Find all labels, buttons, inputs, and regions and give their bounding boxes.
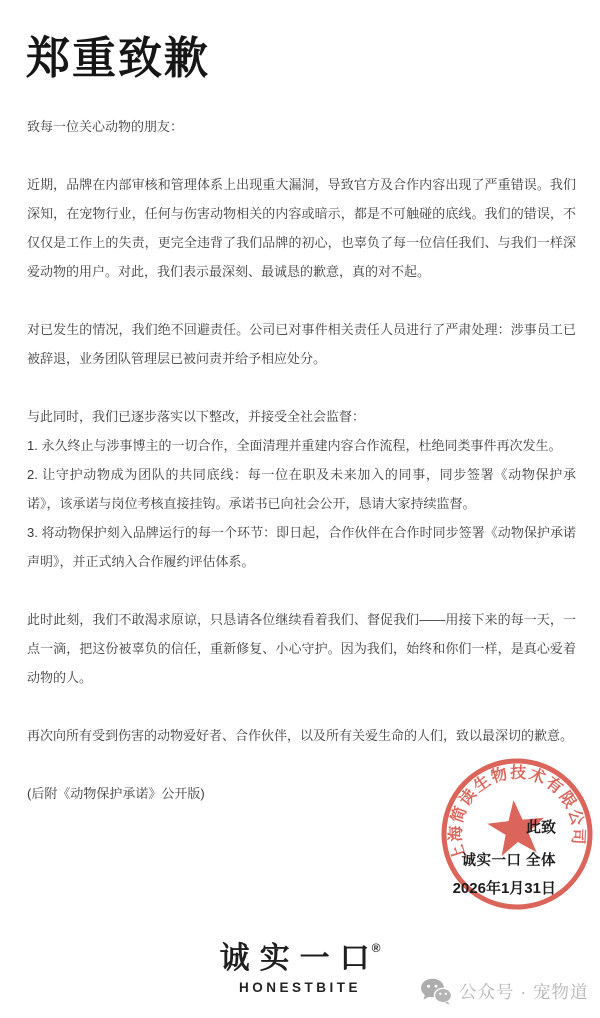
registered-trademark-icon: ® (372, 941, 381, 955)
watermark-label: 公众号 · 宠物道 (459, 979, 589, 1004)
letter-title: 郑重致歉 (26, 22, 210, 86)
letter-paragraphs: 近期，品牌在内部审核和管理体系上出现重大漏洞，导致官方及合作内容出现了严重错误。… (27, 170, 576, 808)
letter-paragraph: 对已发生的情况，我们绝不回避责任。公司已对事件相关责任人员进行了严肃处理：涉事员… (27, 315, 576, 373)
brand-name-row: 诚实一口® (0, 941, 600, 977)
letter-paragraph: 此时此刻，我们不敢渴求原谅，只恳请各位继续看着我们、督促我们——用接下来的每一天… (27, 605, 576, 692)
letter-salutation: 致每一位关心动物的朋友： (27, 112, 576, 141)
signature-date: 2026年1月31日 (430, 878, 556, 899)
brand-name-cn: 诚实一口 (220, 942, 380, 975)
signature-signer: 诚实一口 全体 (430, 851, 556, 871)
letter-paragraph: 与此同时，我们已逐步落实以下整改，并接受全社会监督： 1. 永久终止与涉事博主的… (27, 402, 576, 576)
signature-closing: 此致 (430, 817, 556, 838)
wechat-icon (420, 978, 452, 1005)
signature-block: 此致 诚实一口 全体 2026年1月31日 (430, 817, 556, 899)
letter-paragraph: 近期，品牌在内部审核和管理体系上出现重大漏洞，导致官方及合作内容出现了严重错误。… (27, 170, 576, 286)
letter-body: 致每一位关心动物的朋友： 近期，品牌在内部审核和管理体系上出现重大漏洞，导致官方… (27, 112, 576, 808)
apology-letter-page: 郑重致歉 致每一位关心动物的朋友： 近期，品牌在内部审核和管理体系上出现重大漏洞… (0, 0, 600, 1018)
wechat-watermark: 公众号 · 宠物道 (420, 978, 589, 1005)
